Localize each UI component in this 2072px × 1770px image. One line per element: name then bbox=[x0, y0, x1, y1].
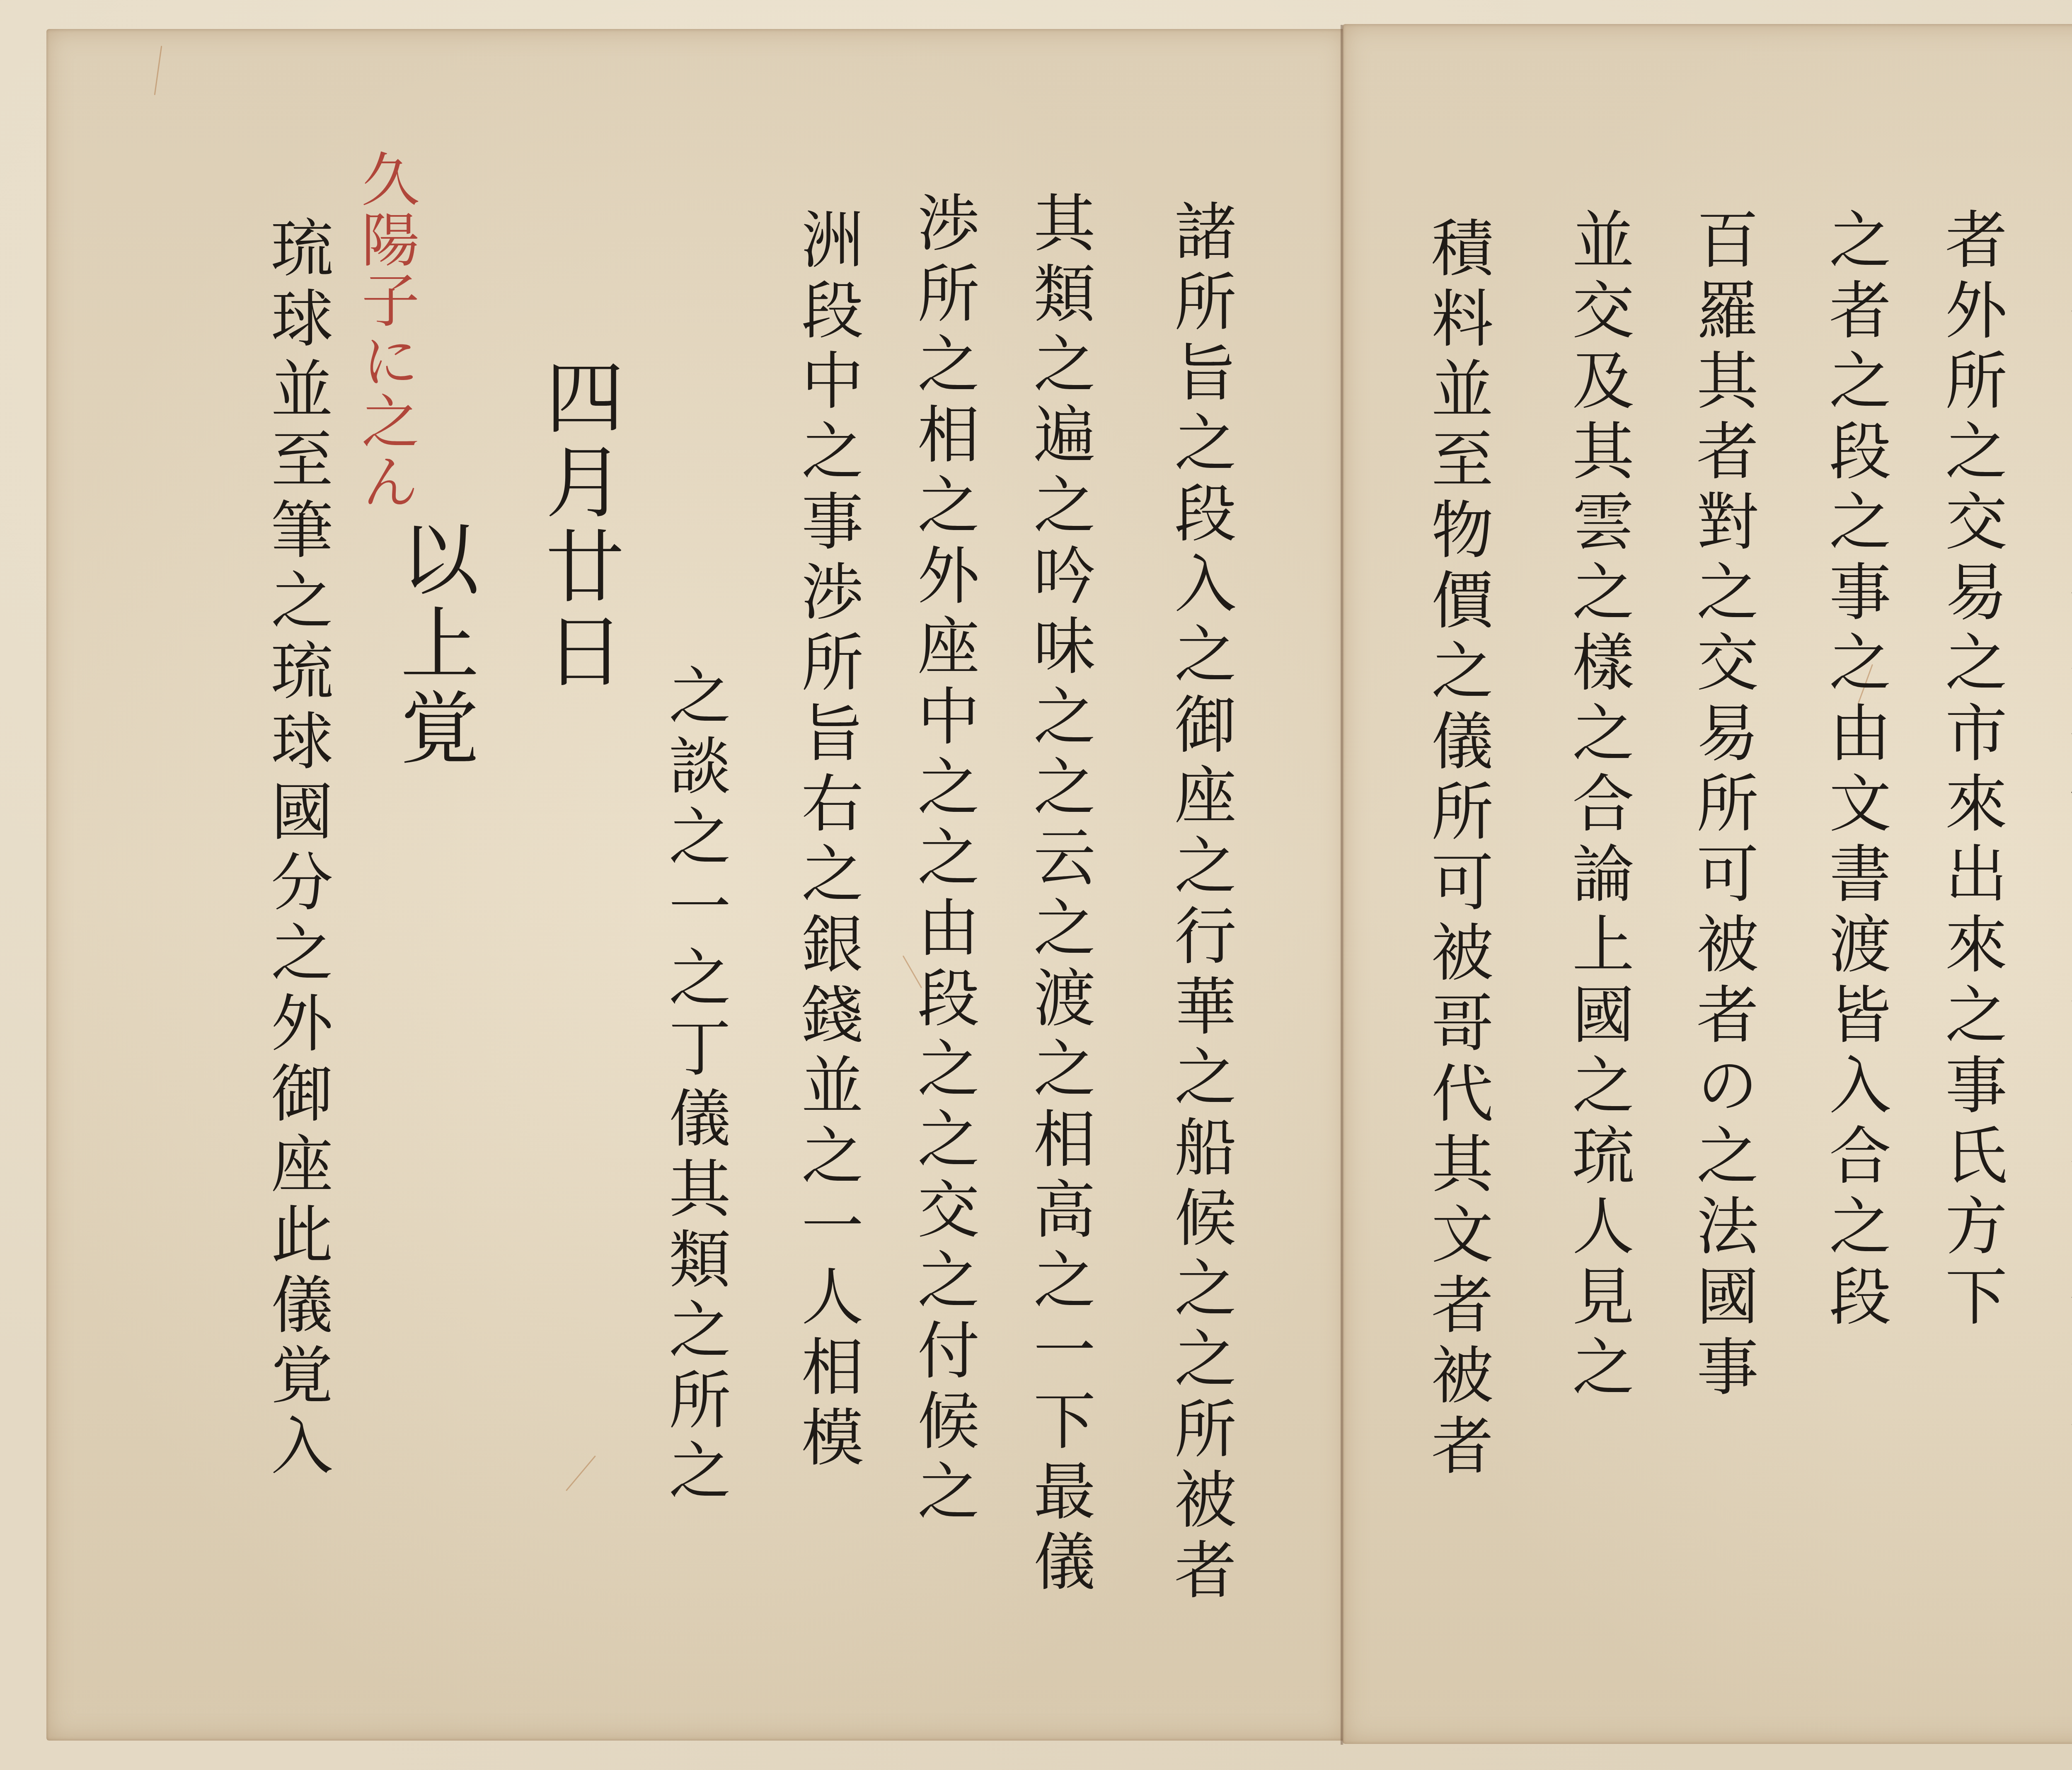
closing-honorific: 以上覚 bbox=[394, 518, 472, 772]
text-column: 之外南國之所之者飛市番南入國之竝在 bbox=[2064, 257, 2072, 1455]
text-column: 者外所之交易之市來出來之事氏方下 bbox=[1939, 207, 2002, 1334]
text-column: 並交及其雲之樣之合論上國之琉人見之 bbox=[1566, 207, 1629, 1405]
page-gutter bbox=[1340, 25, 1343, 1745]
text-column: 積料並至物價之儀所可被哥代其文者被者 bbox=[1426, 215, 1488, 1484]
text-column: 渉所之相之外座中之之由段之之交之付候之 bbox=[912, 191, 974, 1529]
text-column: 之談之一之丁儀其類之所之 bbox=[663, 663, 725, 1508]
text-column: 洲段中之事渉所旨右之銀錢並之一人相模 bbox=[796, 207, 858, 1475]
red-annotation: 久陽子に之ん bbox=[356, 149, 414, 512]
text-column: 之者之段之事之由文書渡皆入合之段 bbox=[1823, 207, 1886, 1334]
text-column: 百羅其者對之交易所可被者の之法國事 bbox=[1691, 207, 1753, 1405]
text-column: 諸所旨之段入之御座之行華之船候之之所被者 bbox=[1169, 199, 1231, 1608]
addressee-column: 琉球並至筆之琉球國分之外御座此儀覚入 bbox=[265, 215, 327, 1484]
date-column: 四月廿日 bbox=[539, 356, 617, 695]
text-column: 其類之遍之吟味之之云之渡之相高之一下最儀 bbox=[1028, 191, 1090, 1600]
